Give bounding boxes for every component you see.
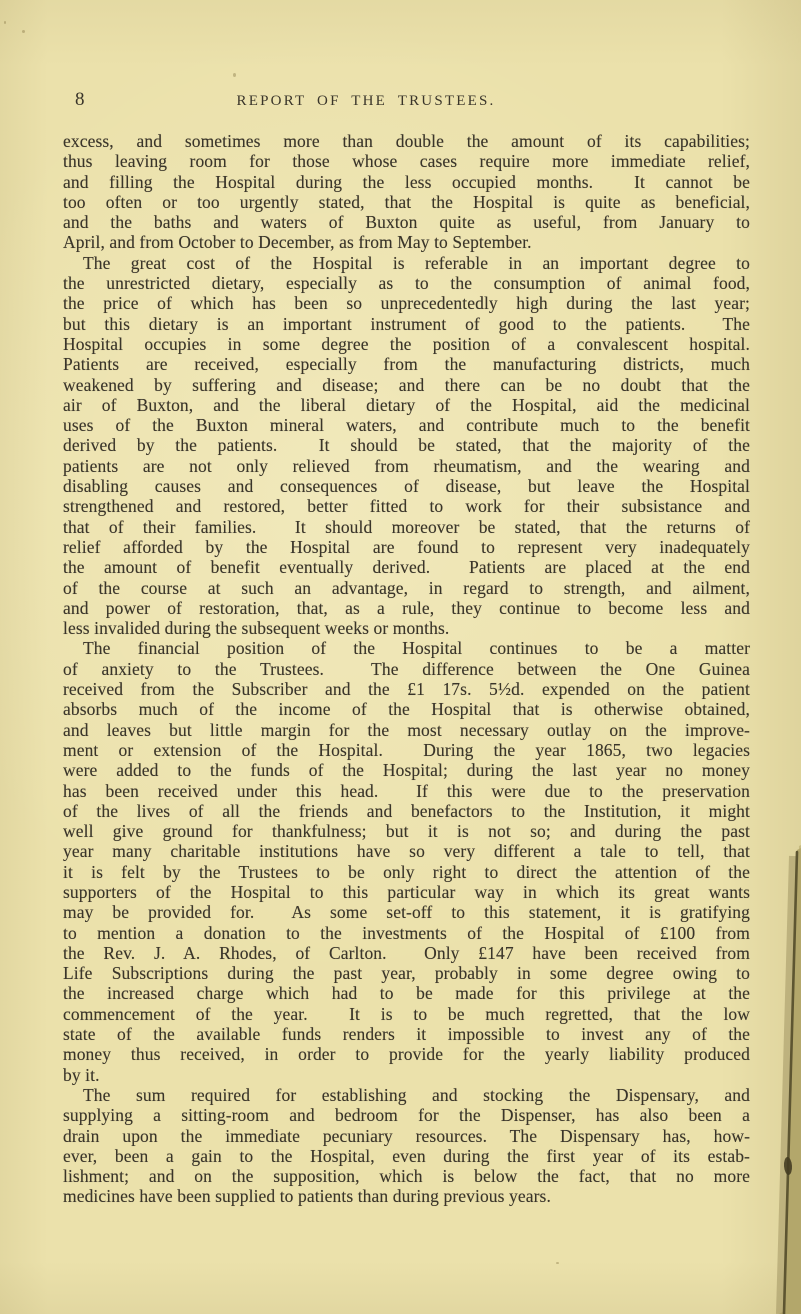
text-line: year many charitable institutions have s… [63,841,750,861]
text-line: derived by the patients. It should be st… [63,435,750,455]
paper-speck [233,73,236,77]
text-line: and filling the Hospital during the less… [63,172,750,192]
text-line: lishment; and on the supposition, which … [63,1166,750,1186]
text-line: medicines have been supplied to patients… [63,1186,750,1206]
running-head: 8 REPORT OF THE TRUSTEES. [63,88,750,114]
text-line: drain upon the immediate pecuniary resou… [63,1126,750,1146]
text-line: supplying a sitting-room and bedroom for… [63,1105,750,1125]
text-line: thus leaving room for those whose cases … [63,151,750,171]
text-line: weakened by suffering and disease; and t… [63,375,750,395]
text-line: the unrestricted dietary, especially as … [63,273,750,293]
text-line: Hospital occupies in some degree the pos… [63,334,750,354]
text-line: of the course at such an advantage, in r… [63,578,750,598]
text-line: that of their families. It should moreov… [63,517,750,537]
text-line: the Rev. J. A. Rhodes, of Carlton. Only … [63,943,750,963]
text-line: strengthened and restored, better fitted… [63,496,750,516]
text-line: may be provided for. As some set-off to … [63,902,750,922]
text-line: the amount of benefit eventually derived… [63,557,750,577]
text-line: ment or extension of the Hospital. Durin… [63,740,750,760]
text-line: too often or too urgently stated, that t… [63,192,750,212]
text-line: Patients are received, especially from t… [63,354,750,374]
text-line: and the baths and waters of Buxton quite… [63,212,750,232]
text-line: April, and from October to December, as … [63,232,750,252]
scanned-book-page: 8 REPORT OF THE TRUSTEES. excess, and so… [0,0,801,1314]
text-line: and power of restoration, that, as a rul… [63,598,750,618]
text-line: of anxiety to the Trustees. The differen… [63,659,750,679]
paper-speck [556,1262,559,1264]
text-line: patients are not only relieved from rheu… [63,456,750,476]
text-line: The great cost of the Hospital is refera… [63,253,750,273]
text-line: but this dietary is an important instrum… [63,314,750,334]
text-line: The sum required for establishing and st… [63,1085,750,1105]
text-line: state of the available funds renders it … [63,1024,750,1044]
text-line: disabling causes and consequences of dis… [63,476,750,496]
ink-blot-artifact [783,1157,792,1176]
text-line: it is felt by the Trustees to be only ri… [63,862,750,882]
text-line: received from the Subscriber and the £1 … [63,679,750,699]
text-line: supporters of the Hospital to this parti… [63,882,750,902]
text-line: to mention a donation to the investments… [63,923,750,943]
paper-speck [120,520,122,522]
text-line: ever, been a gain to the Hospital, even … [63,1146,750,1166]
paper-speck [4,21,6,24]
text-line: air of Buxton, and the liberal dietary o… [63,395,750,415]
text-line: less invalided during the subsequent wee… [63,618,750,638]
text-line: The financial position of the Hospital c… [63,638,750,658]
running-title: REPORT OF THE TRUSTEES. [237,91,496,111]
page-number: 8 [75,88,85,112]
text-line: money thus received, in order to provide… [63,1044,750,1064]
text-block: excess, and sometimes more than double t… [63,131,750,1207]
text-line: and leaves but little margin for the mos… [63,720,750,740]
text-line: absorbs much of the income of the Hospit… [63,699,750,719]
text-line: well give ground for thankfulness; but i… [63,821,750,841]
text-line: were added to the funds of the Hospital;… [63,760,750,780]
text-line: the increased charge which had to be mad… [63,983,750,1003]
text-line: relief afforded by the Hospital are foun… [63,537,750,557]
text-line: commencement of the year. It is to be mu… [63,1004,750,1024]
text-line: Life Subscriptions during the past year,… [63,963,750,983]
paper-speck [22,30,25,33]
text-line: uses of the Buxton mineral waters, and c… [63,415,750,435]
text-line: the price of which has been so unprecede… [63,293,750,313]
text-line: excess, and sometimes more than double t… [63,131,750,151]
text-line: of the lives of all the friends and bene… [63,801,750,821]
text-line: has been received under this head. If th… [63,781,750,801]
text-line: by it. [63,1065,750,1085]
